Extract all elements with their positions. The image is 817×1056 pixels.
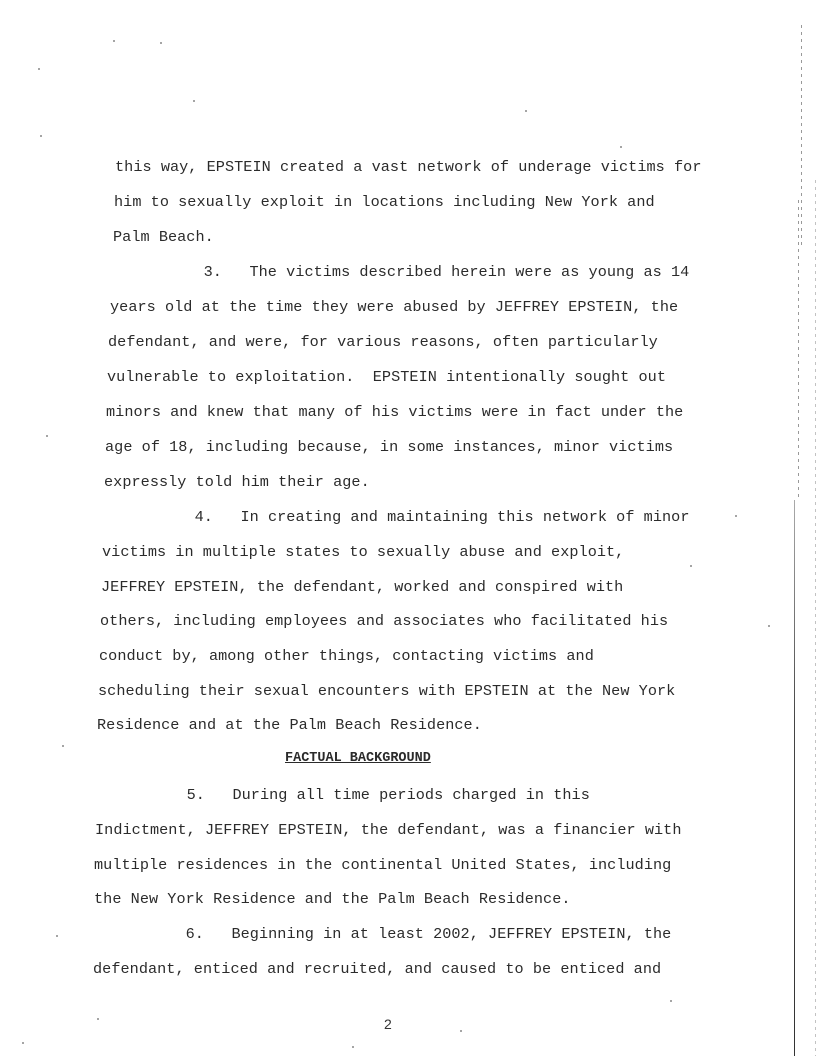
text-line-1: this way, EPSTEIN created a vast network… [115, 158, 702, 176]
text-line-15: conduct by, among other things, contacti… [99, 647, 594, 665]
text-line-3: Palm Beach. [113, 228, 214, 246]
scan-speck [40, 135, 42, 137]
scan-speck [113, 40, 115, 42]
text-line-10: expressly told him their age. [104, 473, 370, 491]
scan-speck [690, 565, 692, 567]
scan-edge-line [794, 500, 795, 1056]
text-line-19: Indictment, JEFFREY EPSTEIN, the defenda… [95, 821, 682, 839]
scan-speck [460, 1030, 462, 1032]
text-line-5: years old at the time they were abused b… [110, 298, 678, 316]
scan-speck [620, 146, 622, 148]
text-line-14: others, including employees and associat… [100, 612, 668, 630]
text-line-6: defendant, and were, for various reasons… [108, 333, 658, 351]
scan-speck [56, 935, 58, 937]
scan-speck [735, 515, 737, 517]
scan-edge-artifact [815, 180, 816, 1056]
paragraph-5-start: 5. During all time periods charged in th… [95, 786, 590, 804]
scan-speck [670, 1000, 672, 1002]
text-line-20: multiple residences in the continental U… [94, 856, 671, 874]
paragraph-6-start: 6. Beginning in at least 2002, JEFFREY E… [94, 925, 671, 943]
scan-edge-artifact [801, 25, 802, 245]
scan-speck [193, 100, 195, 102]
scan-speck [97, 1018, 99, 1020]
scan-speck [38, 68, 40, 70]
text-line-8: minors and knew that many of his victims… [106, 403, 683, 421]
scan-speck [46, 435, 48, 437]
scan-speck [768, 625, 770, 627]
paragraph-3-start: 3. The victims described herein were as … [112, 263, 689, 281]
scan-speck [62, 745, 64, 747]
text-line-16: scheduling their sexual encounters with … [98, 682, 675, 700]
text-line-21: the New York Residence and the Palm Beac… [94, 890, 571, 908]
scan-edge-artifact [798, 200, 799, 500]
scan-speck [160, 42, 162, 44]
text-line-23: defendant, enticed and recruited, and ca… [93, 960, 661, 978]
scan-speck [352, 1046, 354, 1048]
paragraph-4-start: 4. In creating and maintaining this netw… [103, 508, 690, 526]
text-line-9: age of 18, including because, in some in… [105, 438, 673, 456]
text-line-17: Residence and at the Palm Beach Residenc… [97, 716, 482, 734]
scan-speck [22, 1042, 24, 1044]
scan-speck [525, 110, 527, 112]
text-line-2: him to sexually exploit in locations inc… [114, 193, 655, 211]
document-page: this way, EPSTEIN created a vast network… [0, 0, 817, 1056]
text-line-13: JEFFREY EPSTEIN, the defendant, worked a… [101, 578, 623, 596]
page-number: 2 [384, 1016, 392, 1032]
text-line-12: victims in multiple states to sexually a… [102, 543, 624, 561]
text-line-7: vulnerable to exploitation. EPSTEIN inte… [107, 368, 666, 386]
section-heading: FACTUAL BACKGROUND [285, 751, 431, 767]
